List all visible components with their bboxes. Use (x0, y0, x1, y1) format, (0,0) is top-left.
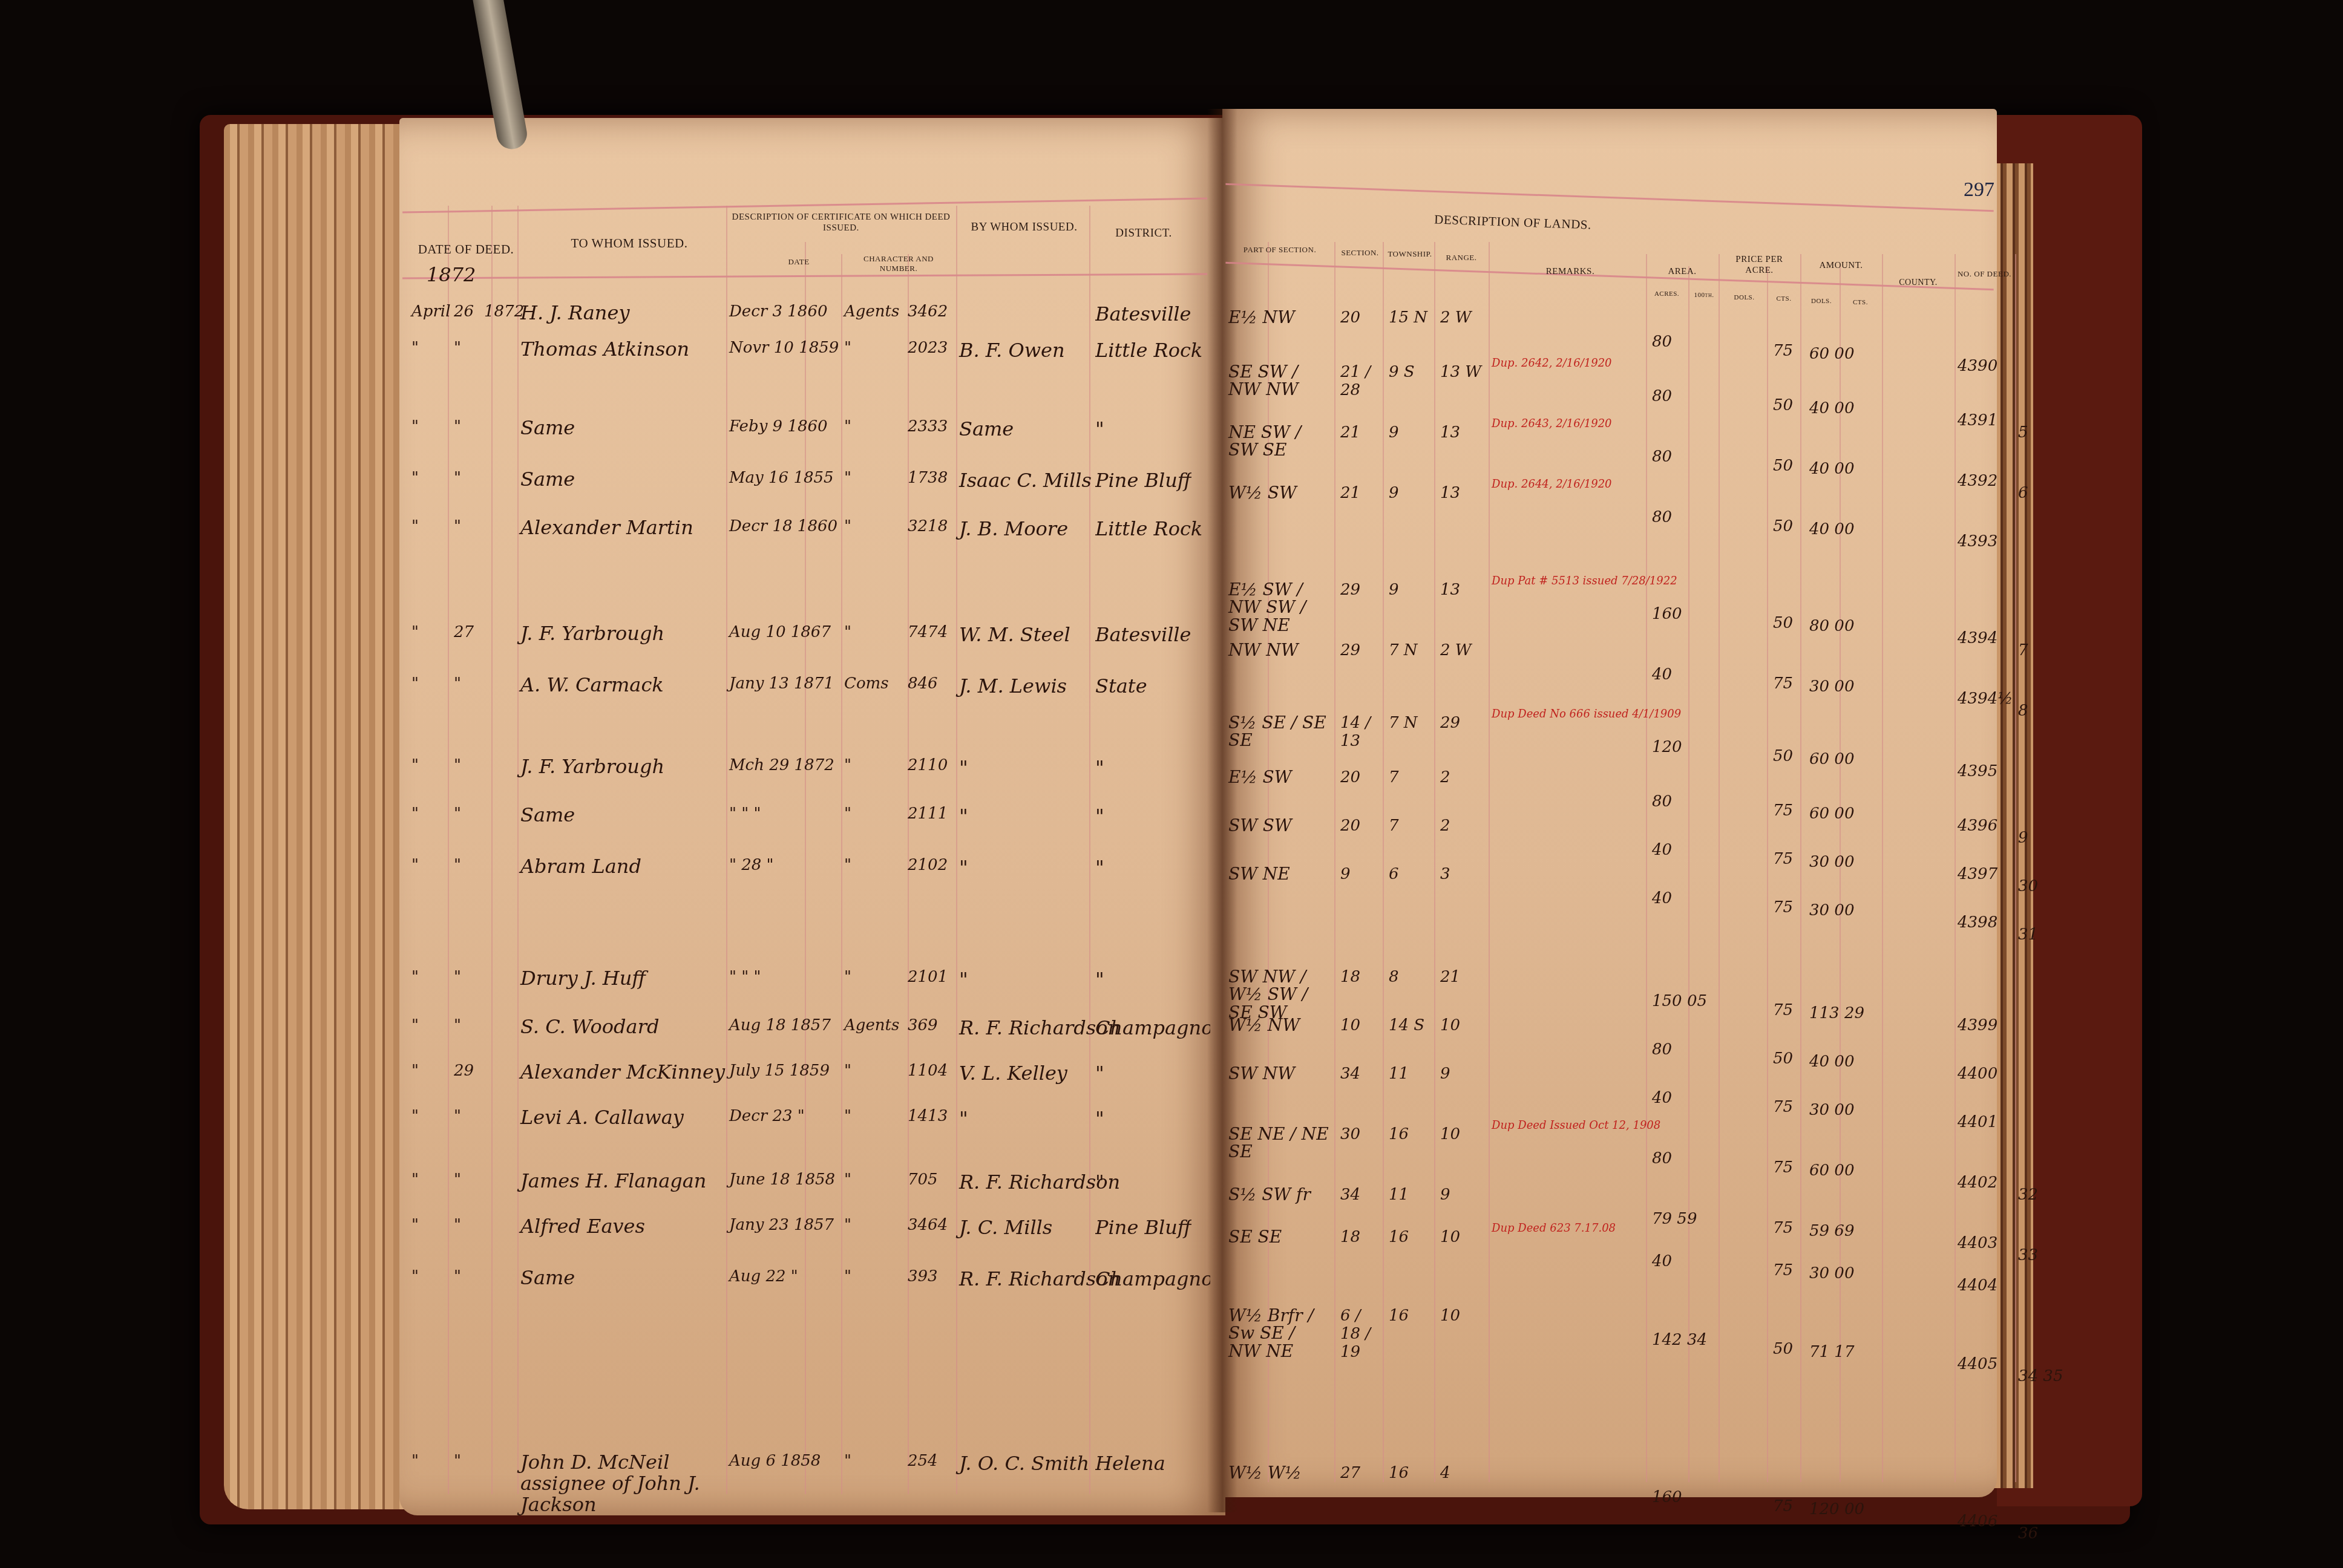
entry-month: " (411, 1216, 419, 1234)
rule (2015, 254, 2016, 1482)
entry-amount: 30 00 (1809, 853, 1854, 871)
entry-section: 20 (1340, 817, 1360, 835)
header-certificate: DESCRIPTION OF CERTIFICATE ON WHICH DEED… (729, 212, 953, 234)
entry-township: 16 (1389, 1125, 1409, 1143)
year-heading: 1872 (427, 263, 476, 286)
entry-township: 11 (1389, 1065, 1409, 1083)
entry-cert-number: 2101 (908, 968, 948, 986)
entry-by-whom: V. L. Kelley (959, 1062, 1067, 1085)
entry-township: 9 (1389, 581, 1399, 599)
entry-part-of-section: S½ SE / SE SE (1228, 714, 1331, 750)
entry-cert-date: Mch 29 1872 (729, 756, 834, 774)
entry-range: 3 (1440, 865, 1450, 883)
entry-range: 10 (1440, 1125, 1460, 1143)
rule (841, 254, 842, 1494)
entry-remarks-annotation: Dup. 2644, 2/16/1920 (1492, 478, 1612, 491)
entry-price-cts: 75 (1773, 850, 1793, 868)
entry-district: " (1095, 756, 1104, 779)
entry-margin-number: 34 35 (2018, 1367, 2063, 1385)
entry-amount: 30 00 (1809, 901, 1854, 920)
entry-remarks-annotation: Dup Deed No 666 issued 4/1/1909 (1492, 708, 1681, 720)
entry-day: " (454, 469, 461, 487)
header-to-whom-issued: TO WHOM ISSUED. (532, 236, 726, 251)
entry-range: 10 (1440, 1016, 1460, 1034)
entry-amount: 60 00 (1809, 750, 1854, 768)
entry-acres: 80 (1652, 387, 1672, 405)
entry-section: 6 / 18 / 19 (1340, 1307, 1383, 1361)
rule (491, 206, 493, 1494)
page-number: 297 (1964, 178, 1994, 201)
entry-price-cts: 50 (1773, 1050, 1793, 1068)
entry-part-of-section: E½ SW (1228, 768, 1291, 786)
entry-by-whom: " (959, 856, 968, 879)
entry-cert-number: 1738 (908, 469, 948, 487)
entry-margin-number: 6 (2018, 484, 2028, 502)
entry-character: Coms (844, 675, 889, 693)
entry-acres: 40 (1652, 1089, 1672, 1107)
entry-price-cts: 75 (1773, 1158, 1793, 1177)
entry-deed-number: 4396 (1958, 817, 1997, 835)
entry-deed-number: 4405 (1958, 1355, 1997, 1373)
entry-by-whom: Same (959, 417, 1014, 440)
header-acres: ACRES. (1647, 290, 1686, 298)
rule (1089, 206, 1090, 1494)
entry-acres: 120 (1652, 738, 1682, 756)
entry-day: " (454, 1107, 461, 1125)
entry-character: " (844, 856, 851, 874)
entry-cert-number: 393 (908, 1267, 938, 1285)
entry-character: " (844, 469, 851, 487)
entry-cert-date: Jany 13 1871 (729, 675, 834, 693)
entry-name: Alfred Eaves (520, 1216, 645, 1237)
entry-price-cts: 50 (1773, 747, 1793, 765)
entry-section: 14 / 13 (1340, 714, 1383, 750)
entry-cert-number: 2023 (908, 339, 948, 357)
entry-cert-date: Jany 23 1857 (729, 1216, 834, 1234)
entry-cert-date: " " " (729, 805, 761, 823)
entry-district: " (1095, 805, 1104, 828)
entry-year: 1872 (484, 302, 524, 321)
entry-remarks-annotation: Dup Deed 623 7.17.08 (1492, 1222, 1616, 1235)
entry-month: April (411, 302, 450, 321)
entry-part-of-section: SE SW / NW NW (1228, 363, 1331, 399)
entry-day: " (454, 417, 461, 436)
entry-deed-number: 4394 (1958, 629, 1997, 647)
entry-cert-number: 1104 (908, 1062, 948, 1080)
entry-acres: 80 (1652, 1040, 1672, 1059)
entry-day: " (454, 517, 461, 535)
entry-cert-number: 369 (908, 1016, 938, 1034)
entry-district: Batesville (1095, 623, 1191, 646)
entry-name: Drury J. Huff (520, 968, 646, 989)
entry-acres: 80 (1652, 792, 1672, 811)
entry-section: 9 (1340, 865, 1351, 883)
entry-price-cts: 75 (1773, 1497, 1793, 1515)
entry-price-cts: 75 (1773, 1261, 1793, 1279)
rule (1434, 242, 1435, 1482)
entry-section: 30 (1340, 1125, 1360, 1143)
entry-range: 13 W (1440, 363, 1481, 381)
entry-cert-date: July 15 1859 (729, 1062, 830, 1080)
entry-township: 16 (1389, 1307, 1409, 1325)
entry-part-of-section: W½ NW (1228, 1016, 1300, 1034)
entry-month: " (411, 1171, 419, 1189)
entry-range: 2 (1440, 768, 1450, 786)
entry-by-whom: J. C. Mills (959, 1216, 1052, 1239)
entry-district: " (1095, 856, 1104, 879)
rule (1646, 254, 1647, 1482)
entry-district: " (1095, 1171, 1104, 1194)
entry-month: " (411, 417, 419, 436)
entry-acres: 150 05 (1652, 992, 1707, 1010)
entry-cert-number: 7474 (908, 623, 948, 641)
entry-amount: 60 00 (1809, 345, 1854, 363)
rule (1840, 266, 1841, 1482)
rule (1767, 266, 1768, 1482)
entry-township: 16 (1389, 1228, 1409, 1246)
entry-remarks-annotation: Dup. 2643, 2/16/1920 (1492, 417, 1612, 430)
entry-cert-date: Decr 18 1860 (729, 517, 837, 535)
entry-acres: 142 34 (1652, 1331, 1707, 1349)
entry-character: " (844, 339, 851, 357)
entry-township: 7 (1389, 768, 1399, 786)
entry-character: " (844, 517, 851, 535)
entry-cert-date: Decr 3 1860 (729, 302, 827, 321)
entry-district: " (1095, 968, 1104, 991)
entry-part-of-section: SW NW / W½ SW / SE SW (1228, 968, 1331, 1021)
entry-price-cts: 75 (1773, 1219, 1793, 1237)
entry-deed-number: 4394½ (1958, 690, 2013, 708)
entry-part-of-section: E½ SW / NW SW / SW NE (1228, 581, 1331, 634)
entry-margin-number: 9 (2018, 829, 2028, 847)
entry-day: " (454, 675, 461, 693)
rule (1882, 254, 1883, 1482)
entry-district: Helena (1095, 1452, 1165, 1475)
rule (1688, 266, 1689, 1482)
entry-by-whom: J. M. Lewis (959, 675, 1067, 697)
entry-part-of-section: SW SW (1228, 817, 1292, 834)
entry-month: " (411, 856, 419, 874)
entry-district: State (1095, 675, 1147, 697)
entry-day: " (454, 1216, 461, 1234)
entry-month: " (411, 756, 419, 774)
rule (1719, 254, 1720, 1482)
entry-section: 27 (1340, 1464, 1360, 1482)
entry-name: Thomas Atkinson (520, 339, 689, 360)
entry-price-cts: 50 (1773, 517, 1793, 535)
entry-amount: 59 69 (1809, 1222, 1854, 1240)
entry-acres: 79 59 (1652, 1210, 1697, 1228)
rule (1800, 254, 1801, 1482)
entry-margin-number: 32 (2018, 1186, 2038, 1204)
header-cert-date: DATE (762, 257, 835, 267)
entry-margin-number: 36 (2018, 1524, 2038, 1543)
entry-cert-date: Aug 22 " (729, 1267, 798, 1285)
entry-by-whom: " (959, 1107, 968, 1130)
header-price-per-acre: PRICE PER ACRE. (1722, 254, 1797, 276)
entry-acres: 80 (1652, 1149, 1672, 1168)
entry-remarks-annotation: Dup. 2642, 2/16/1920 (1492, 357, 1612, 370)
entry-acres: 40 (1652, 665, 1672, 684)
header-price-cts: CTS. (1768, 295, 1800, 303)
entry-margin-number: 33 (2018, 1246, 2038, 1264)
entry-by-whom: " (959, 968, 968, 991)
entry-section: 20 (1340, 309, 1360, 327)
entry-section: 21 (1340, 423, 1360, 442)
entry-month: " (411, 968, 419, 986)
entry-part-of-section: SW NE (1228, 865, 1290, 883)
header-section: SECTION. (1337, 248, 1383, 258)
entry-by-whom: J. B. Moore (959, 517, 1068, 540)
entry-part-of-section: SE SE (1228, 1228, 1282, 1246)
entry-deed-number: 4404 (1958, 1276, 1997, 1295)
right-page (1222, 109, 1997, 1497)
entry-character: " (844, 417, 851, 436)
header-remarks: REMARKS. (1501, 266, 1640, 277)
entry-amount: 40 00 (1809, 460, 1854, 478)
entry-district: Little Rock (1095, 339, 1202, 362)
entry-section: 21 / 28 (1340, 363, 1383, 399)
entry-character: Agents (844, 1016, 899, 1034)
entry-month: " (411, 1267, 419, 1285)
entry-district: " (1095, 1062, 1104, 1085)
header-amount-dols: DOLS. (1803, 298, 1840, 305)
entry-name: Same (520, 805, 575, 826)
entry-deed-number: 4402 (1958, 1174, 1997, 1192)
entry-cert-date: " " " (729, 968, 761, 986)
entry-character: " (844, 1452, 851, 1470)
entry-character: " (844, 1267, 851, 1285)
entry-day: " (454, 1452, 461, 1470)
entry-part-of-section: NE SW / SW SE (1228, 423, 1331, 459)
entry-day: " (454, 856, 461, 874)
header-by-whom-issued: BY WHOM ISSUED. (959, 221, 1089, 235)
entry-cert-date: Aug 10 1867 (729, 623, 831, 641)
entry-by-whom: J. O. C. Smith (959, 1452, 1089, 1475)
entry-day: " (454, 1171, 461, 1189)
entry-name: Same (520, 1267, 575, 1289)
entry-month: " (411, 805, 419, 823)
header-area: AREA. (1649, 266, 1715, 277)
entry-section: 21 (1340, 484, 1360, 502)
entry-character: " (844, 623, 851, 641)
entry-margin-number: 30 (2018, 877, 2038, 895)
entry-name: John D. McNeil assignee of John J. Jacks… (520, 1452, 726, 1516)
entry-part-of-section: W½ Brfr / Sw SE / NW NE (1228, 1307, 1331, 1360)
entry-by-whom: Isaac C. Mills (959, 469, 1092, 492)
entry-range: 13 (1440, 423, 1460, 442)
entry-amount: 40 00 (1809, 399, 1854, 417)
entry-margin-number: 31 (2018, 926, 2038, 944)
rule (1383, 242, 1384, 1482)
entry-range: 2 (1440, 817, 1450, 835)
entry-cert-number: 2333 (908, 417, 948, 436)
entry-range: 9 (1440, 1186, 1450, 1204)
entry-name: J. F. Yarbrough (520, 756, 664, 777)
entry-acres: 40 (1652, 1252, 1672, 1270)
header-hundredths: 100th. (1689, 292, 1719, 299)
entry-cert-number: 1413 (908, 1107, 948, 1125)
entry-character: " (844, 968, 851, 986)
entry-township: 14 S (1389, 1016, 1424, 1034)
entry-day: " (454, 968, 461, 986)
entry-amount: 113 29 (1809, 1004, 1864, 1022)
header-part-of-section: PART OF SECTION. (1228, 245, 1331, 255)
entry-township: 15 N (1389, 309, 1427, 327)
entry-by-whom: B. F. Owen (959, 339, 1065, 362)
entry-range: 2 W (1440, 309, 1472, 327)
header-amount: AMOUNT. (1803, 260, 1879, 271)
entry-range: 10 (1440, 1307, 1460, 1325)
entry-acres: 80 (1652, 333, 1672, 351)
rule (517, 206, 519, 1494)
entry-character: " (844, 1107, 851, 1125)
entry-price-cts: 50 (1773, 396, 1793, 414)
entry-character: " (844, 805, 851, 823)
entry-name: Alexander McKinney (520, 1062, 725, 1083)
entry-character: " (844, 756, 851, 774)
entry-township: 7 N (1389, 641, 1418, 659)
entry-range: 4 (1440, 1464, 1450, 1482)
entry-month: " (411, 623, 419, 641)
entry-name: Same (520, 469, 575, 490)
header-range: RANGE. (1437, 253, 1486, 263)
page-edges-left (224, 124, 405, 1509)
entry-cert-date: Aug 18 1857 (729, 1016, 831, 1034)
entry-part-of-section: E½ NW (1228, 309, 1295, 326)
entry-deed-number: 4398 (1958, 913, 1997, 932)
entry-price-cts: 75 (1773, 802, 1793, 820)
entry-price-cts: 75 (1773, 1098, 1793, 1116)
entry-price-cts: 50 (1773, 457, 1793, 475)
entry-name: J. F. Yarbrough (520, 623, 664, 644)
entry-acres: 160 (1652, 1488, 1682, 1506)
entry-price-cts: 75 (1773, 898, 1793, 916)
entry-character: " (844, 1062, 851, 1080)
entry-township: 16 (1389, 1464, 1409, 1482)
entry-district: " (1095, 417, 1104, 440)
entry-month: " (411, 1062, 419, 1080)
entry-month: " (411, 1016, 419, 1034)
entry-part-of-section: SE NE / NE SE (1228, 1125, 1331, 1161)
entry-deed-number: 4397 (1958, 865, 1997, 883)
entry-deed-number: 4400 (1958, 1065, 1997, 1083)
entry-section: 20 (1340, 768, 1360, 786)
entry-name: James H. Flanagan (520, 1171, 706, 1192)
entry-name: Alexander Martin (520, 517, 693, 538)
entry-cert-number: 3462 (908, 302, 948, 321)
entry-month: " (411, 517, 419, 535)
entry-month: " (411, 1107, 419, 1125)
entry-cert-date: May 16 1855 (729, 469, 834, 487)
entry-district: Pine Bluff (1095, 1216, 1191, 1239)
entry-township: 9 S (1389, 363, 1415, 381)
entry-range: 13 (1440, 484, 1460, 502)
entry-character: Agents (844, 302, 899, 321)
entry-price-cts: 75 (1773, 342, 1793, 360)
entry-range: 10 (1440, 1228, 1460, 1246)
rule (448, 206, 449, 1494)
entry-range: 13 (1440, 581, 1460, 599)
entry-amount: 40 00 (1809, 1053, 1854, 1071)
header-township: TOWNSHIP. (1386, 249, 1434, 259)
entry-section: 34 (1340, 1065, 1360, 1083)
rule (908, 254, 909, 1494)
entry-section: 10 (1340, 1016, 1360, 1034)
entry-part-of-section: S½ SW fr (1228, 1186, 1311, 1203)
entry-acres: 160 (1652, 605, 1682, 623)
entry-amount: 120 00 (1809, 1500, 1864, 1518)
entry-cert-number: 705 (908, 1171, 938, 1189)
entry-township: 7 (1389, 817, 1399, 835)
entry-township: 6 (1389, 865, 1399, 883)
entry-name: S. C. Woodard (520, 1016, 659, 1037)
entry-cert-number: 254 (908, 1452, 938, 1470)
entry-month: " (411, 1452, 419, 1470)
entry-deed-number: 4399 (1958, 1016, 1997, 1034)
entry-cert-date: Feby 9 1860 (729, 417, 828, 436)
rule (1955, 254, 1956, 1482)
entry-township: 9 (1389, 484, 1399, 502)
entry-day: " (454, 339, 461, 357)
entry-amount: 30 00 (1809, 678, 1854, 696)
entry-section: 18 (1340, 1228, 1360, 1246)
entry-amount: 30 00 (1809, 1101, 1854, 1119)
entry-amount: 71 17 (1809, 1343, 1854, 1361)
entry-amount: 40 00 (1809, 520, 1854, 538)
header-no-of-deed: NO. OF DEED. (1956, 269, 2013, 279)
entry-name: Levi A. Callaway (520, 1107, 684, 1128)
entry-by-whom: " (959, 756, 968, 779)
entry-deed-number: 4395 (1958, 762, 1997, 780)
entry-margin-number: 5 (2018, 423, 2028, 442)
entry-section: 18 (1340, 968, 1360, 986)
entry-acres: 80 (1652, 508, 1672, 526)
entry-day: " (454, 1267, 461, 1285)
entry-cert-number: 846 (908, 675, 938, 693)
entry-month: " (411, 469, 419, 487)
entry-remarks-annotation: Dup Pat # 5513 issued 7/28/1922 (1492, 575, 1677, 587)
entry-range: 9 (1440, 1065, 1450, 1083)
entry-district: Pine Bluff (1095, 469, 1191, 492)
entry-day: 27 (454, 623, 474, 641)
entry-price-cts: 50 (1773, 1340, 1793, 1358)
entry-amount: 60 00 (1809, 805, 1854, 823)
entry-cert-number: 3218 (908, 517, 948, 535)
rule (726, 206, 727, 1494)
entry-deed-number: 4406 (1958, 1512, 1997, 1530)
entry-district: Champagnolle (1095, 1267, 1210, 1290)
header-county: COUNTY. (1885, 278, 1951, 289)
entry-cert-date: Novr 10 1859 (729, 339, 839, 357)
entry-deed-number: 4401 (1958, 1113, 1997, 1131)
rule (1489, 242, 1490, 1482)
entry-district: Champagnolle (1095, 1016, 1210, 1039)
entry-day: " (454, 805, 461, 823)
entry-name: Abram Land (520, 856, 641, 877)
entry-section: 34 (1340, 1186, 1360, 1204)
entry-deed-number: 4391 (1958, 411, 1997, 430)
entry-amount: 60 00 (1809, 1161, 1854, 1180)
entry-price-cts: 50 (1773, 614, 1793, 632)
header-amount-cts: CTS. (1841, 299, 1880, 307)
entry-range: 29 (1440, 714, 1460, 732)
entry-character: " (844, 1216, 851, 1234)
entry-acres: 40 (1652, 889, 1672, 907)
entry-township: 11 (1389, 1186, 1409, 1204)
entry-deed-number: 4390 (1958, 357, 1997, 375)
entry-acres: 80 (1652, 448, 1672, 466)
